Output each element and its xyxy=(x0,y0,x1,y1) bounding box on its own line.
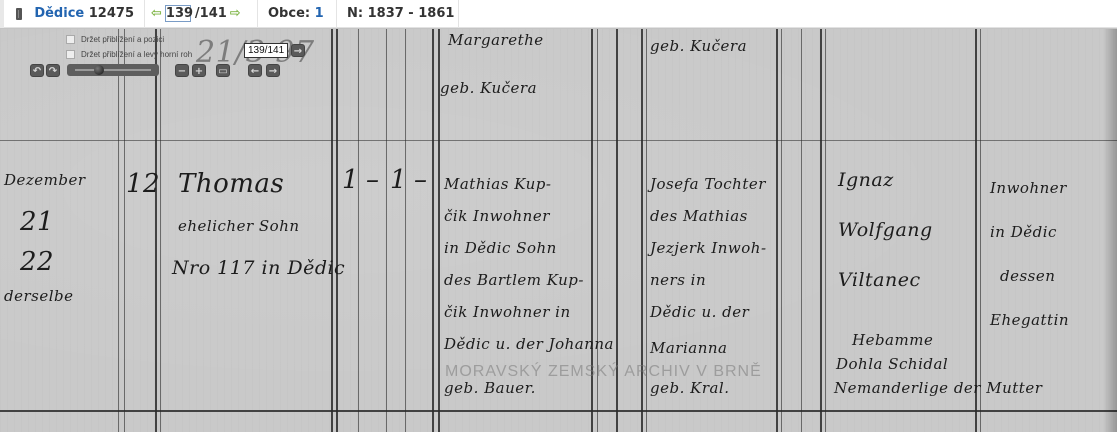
godparent-line: Viltanec xyxy=(838,269,921,291)
scan-image[interactable]: 21/3 97 Margarethe geb. Kučera geb. Kuče… xyxy=(0,29,1117,432)
remark-line: dessen xyxy=(1000,267,1055,285)
plus-icon: + xyxy=(195,66,203,77)
zoom-slider-knob[interactable] xyxy=(94,65,104,75)
years-range: N: 1837 - 1861 xyxy=(337,0,459,28)
ruling-line xyxy=(405,29,406,432)
toolbar-left-edge xyxy=(0,0,4,28)
father-line: in Dědic Sohn xyxy=(444,239,557,257)
arrow-right-icon: → xyxy=(294,46,302,57)
ruling-line xyxy=(386,29,387,432)
mother-line: Jezjerk Inwoh- xyxy=(650,239,767,257)
page-counter-tooltip: 139/141 xyxy=(244,43,288,58)
bottom-note: Nemanderlige der Mutter xyxy=(834,379,1042,397)
ruling-line xyxy=(781,29,782,432)
toolbar: Dědice 12475 ⇦ 139 /141 ⇨ Obce: 1 N: 183… xyxy=(0,0,1117,28)
rotate-right-icon: ↷ xyxy=(49,66,57,77)
book-info: Dědice 12475 xyxy=(0,0,145,28)
ruling-line xyxy=(980,29,981,432)
prev-page-arrow-icon[interactable]: ⇦ xyxy=(151,6,162,21)
arrow-right-icon: → xyxy=(269,66,277,77)
mother-line: Marianna xyxy=(650,339,727,357)
godparent-line: Dohla Schidal xyxy=(836,355,948,373)
archive-watermark: MORAVSKÝ ZEMSKÝ ARCHIV V BRNĚ xyxy=(445,363,762,381)
keep-topleft-label: Držet přiblížení a levý horní roh xyxy=(81,50,192,59)
entry-date: 22 xyxy=(20,247,54,277)
zoom-out-button[interactable]: − xyxy=(175,64,189,77)
child-name: Thomas xyxy=(178,169,284,199)
father-line: geb. Bauer. xyxy=(444,379,536,397)
keep-position-checkbox[interactable] xyxy=(66,35,75,44)
rotate-left-icon: ↶ xyxy=(33,66,41,77)
father-line: Dědic u. der Johanna xyxy=(444,335,614,353)
mother-line: Dědic u. der xyxy=(650,303,749,321)
ruling-line xyxy=(0,410,1117,412)
mother-line: Josefa Tochter xyxy=(650,175,766,193)
mark: 1 xyxy=(342,165,359,195)
godparent-line: Ignaz xyxy=(838,169,894,191)
ruling-line xyxy=(336,29,338,432)
minus-icon: − xyxy=(178,66,186,77)
fit-icon: ▭ xyxy=(218,66,227,77)
book-title-link[interactable]: Dědice xyxy=(34,6,84,21)
keep-topleft-checkbox[interactable] xyxy=(66,50,75,59)
mother-line: ners in xyxy=(650,271,706,289)
remark-line: Inwohner xyxy=(990,179,1067,197)
godparent-line: Hebamme xyxy=(852,331,933,349)
remark-line: in Dědic xyxy=(990,223,1057,241)
total-pages: /141 xyxy=(195,6,227,21)
ruling-line xyxy=(0,140,1117,141)
book-icon xyxy=(16,8,22,20)
ruling-line xyxy=(776,29,778,432)
ruling-line xyxy=(331,29,333,432)
father-line: čik Inwohner xyxy=(444,207,550,225)
keep-position-label: Držet přiblížení a pozici xyxy=(81,35,164,44)
book-id: 12475 xyxy=(89,6,134,21)
obce-link[interactable]: 1 xyxy=(315,6,324,21)
entry-date: Dezember xyxy=(4,171,86,189)
next-page-arrow-icon[interactable]: ⇨ xyxy=(230,6,241,21)
ruling-line xyxy=(118,29,119,432)
father-line: des Bartlem Kup- xyxy=(444,271,584,289)
keep-topleft-option[interactable]: Držet přiblížení a levý horní roh xyxy=(66,50,192,59)
page-navigation: ⇦ 139 /141 ⇨ xyxy=(145,0,258,28)
ruling-line xyxy=(432,29,434,432)
mother-line: geb. Kral. xyxy=(650,379,730,397)
fragment-top: geb. Kučera xyxy=(440,79,537,97)
rotate-left-button[interactable]: ↶ xyxy=(30,64,44,77)
prev-image-button[interactable]: ← xyxy=(248,64,262,77)
zoom-slider[interactable] xyxy=(67,64,159,76)
zoom-slider-track xyxy=(75,69,151,71)
ruling-line xyxy=(820,29,822,432)
fragment-top: Margarethe xyxy=(448,31,544,49)
go-to-page-button[interactable]: → xyxy=(291,44,305,57)
mark: 1 xyxy=(390,165,407,195)
obce-label: Obce: xyxy=(268,6,310,21)
fit-page-button[interactable]: ▭ xyxy=(216,64,230,77)
ruling-line xyxy=(124,29,125,432)
page-number-input[interactable]: 139 xyxy=(165,5,191,22)
ruling-line xyxy=(155,29,157,432)
fragment-top: geb. Kučera xyxy=(650,37,747,55)
zoom-in-button[interactable]: + xyxy=(192,64,206,77)
obce-info: Obce: 1 xyxy=(258,0,337,28)
rotate-right-button[interactable]: ↷ xyxy=(46,64,60,77)
entry-date: 21 xyxy=(20,207,54,237)
ruling-line xyxy=(825,29,826,432)
child-name: Nro 117 in Dědic xyxy=(172,257,345,279)
house-number: 12 xyxy=(126,169,160,199)
ruling-line xyxy=(358,29,359,432)
mark: – xyxy=(414,165,428,195)
ruling-line xyxy=(160,29,161,432)
page-edge-shadow xyxy=(1103,29,1117,432)
ruling-line xyxy=(975,29,977,432)
arrow-left-icon: ← xyxy=(251,66,259,77)
entry-date: derselbe xyxy=(4,287,74,305)
father-line: čik Inwohner in xyxy=(444,303,571,321)
child-name: ehelicher Sohn xyxy=(178,217,300,235)
next-image-button[interactable]: → xyxy=(266,64,280,77)
remark-line: Ehegattin xyxy=(990,311,1069,329)
mother-line: des Mathias xyxy=(650,207,748,225)
godparent-line: Wolfgang xyxy=(838,219,933,241)
ruling-line xyxy=(801,29,802,432)
mark: – xyxy=(366,165,380,195)
keep-position-option[interactable]: Držet přiblížení a pozici xyxy=(66,35,164,44)
father-line: Mathias Kup- xyxy=(444,175,551,193)
